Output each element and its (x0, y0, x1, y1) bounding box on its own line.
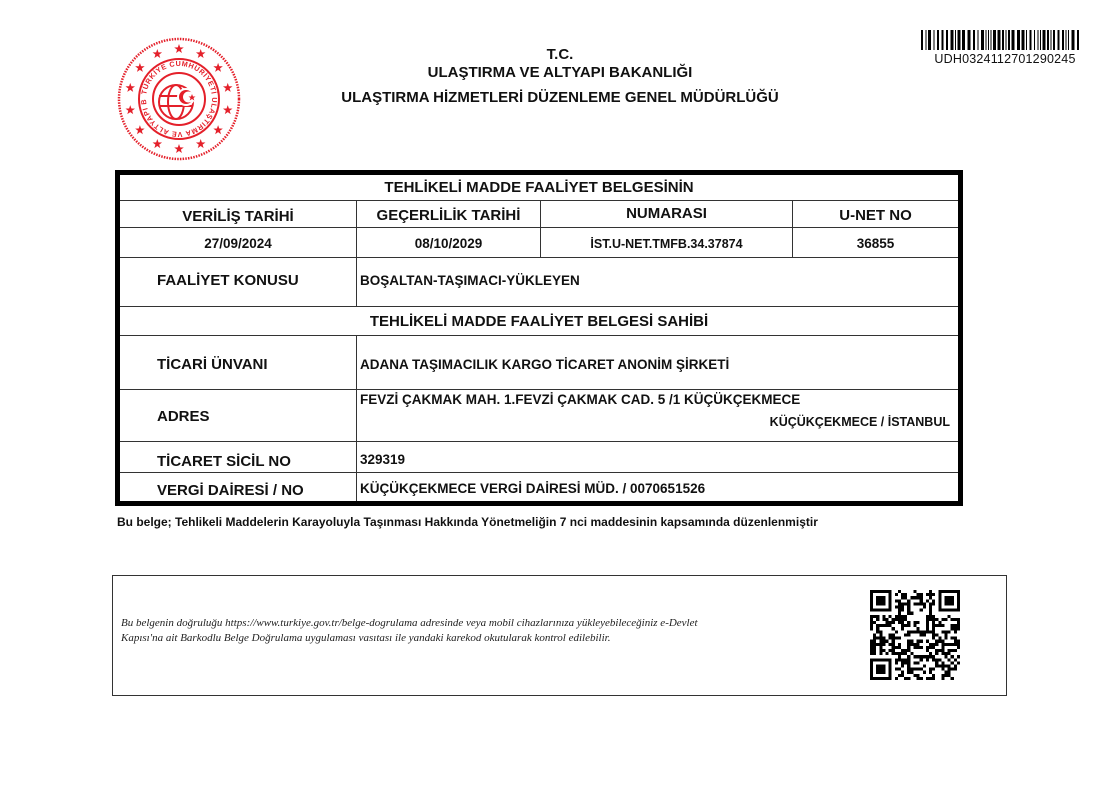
trade-registry-value: 329319 (360, 452, 405, 467)
issue-date-value: 27/09/2024 (120, 236, 356, 251)
ministry-seal-icon: TÜRKİYE CUMHURİYETİ ULAŞTIRMA VE ALTYAPI… (116, 36, 242, 162)
tax-office-label: VERGİ DAİRESİ / NO (157, 482, 304, 499)
address-line1: FEVZİ ÇAKMAK MAH. 1.FEVZİ ÇAKMAK CAD. 5 … (360, 392, 800, 407)
address-label: ADRES (157, 408, 210, 425)
barcode-number: UDH0324112701290245 (905, 52, 1105, 66)
unet-no-header: U-NET NO (793, 207, 958, 224)
address-line2: KÜÇÜKÇEKMECE / İSTANBUL (770, 415, 950, 429)
validity-date-value: 08/10/2029 (357, 236, 540, 251)
trade-name-value: ADANA TAŞIMACILIK KARGO TİCARET ANONİM Ş… (360, 357, 729, 372)
validity-date-header: GEÇERLİLİK TARİHİ (357, 207, 540, 224)
verification-text-line2: Kapısı'na ait Barkodlu Belge Doğrulama u… (121, 631, 861, 646)
certificate-title: TEHLİKELİ MADDE FAALİYET BELGESİNİN (120, 179, 958, 196)
certificate-number-value: İST.U-NET.TMFB.34.37874 (541, 237, 792, 251)
header-directorate: ULAŞTIRMA HİZMETLERİ DÜZENLEME GENEL MÜD… (300, 89, 820, 106)
ministry-logo: TÜRKİYE CUMHURİYETİ ULAŞTIRMA VE ALTYAPI… (116, 36, 242, 162)
header-ministry: ULAŞTIRMA VE ALTYAPI BAKANLIĞI (300, 64, 820, 81)
header-tc: T.C. (300, 46, 820, 63)
activity-value: BOŞALTAN-TAŞIMACI-YÜKLEYEN (360, 273, 580, 288)
barcode-icon (921, 30, 1081, 50)
qr-code-icon[interactable] (870, 589, 960, 681)
verification-text: Bu belgenin doğruluğu https://www.turkiy… (121, 616, 861, 646)
tax-office-value: KÜÇÜKÇEKMECE VERGİ DAİRESİ MÜD. / 007065… (360, 481, 705, 496)
verification-text-line1: Bu belgenin doğruluğu https://www.turkiy… (121, 616, 861, 631)
regulation-footnote: Bu belge; Tehlikeli Maddelerin Karayoluy… (117, 515, 877, 530)
trade-registry-label: TİCARET SİCİL NO (157, 453, 291, 470)
activity-label: FAALİYET KONUSU (157, 272, 299, 289)
unet-no-value: 36855 (793, 236, 958, 251)
trade-name-label: TİCARİ ÜNVANI (157, 356, 268, 373)
issue-date-header: VERİLİŞ TARİHİ (120, 208, 356, 225)
holder-section-title: TEHLİKELİ MADDE FAALİYET BELGESİ SAHİBİ (120, 313, 958, 330)
verification-box: Bu belgenin doğruluğu https://www.turkiy… (112, 575, 1007, 696)
number-header: NUMARASI (541, 205, 792, 222)
certificate-table: TEHLİKELİ MADDE FAALİYET BELGESİNİN VERİ… (115, 170, 963, 506)
